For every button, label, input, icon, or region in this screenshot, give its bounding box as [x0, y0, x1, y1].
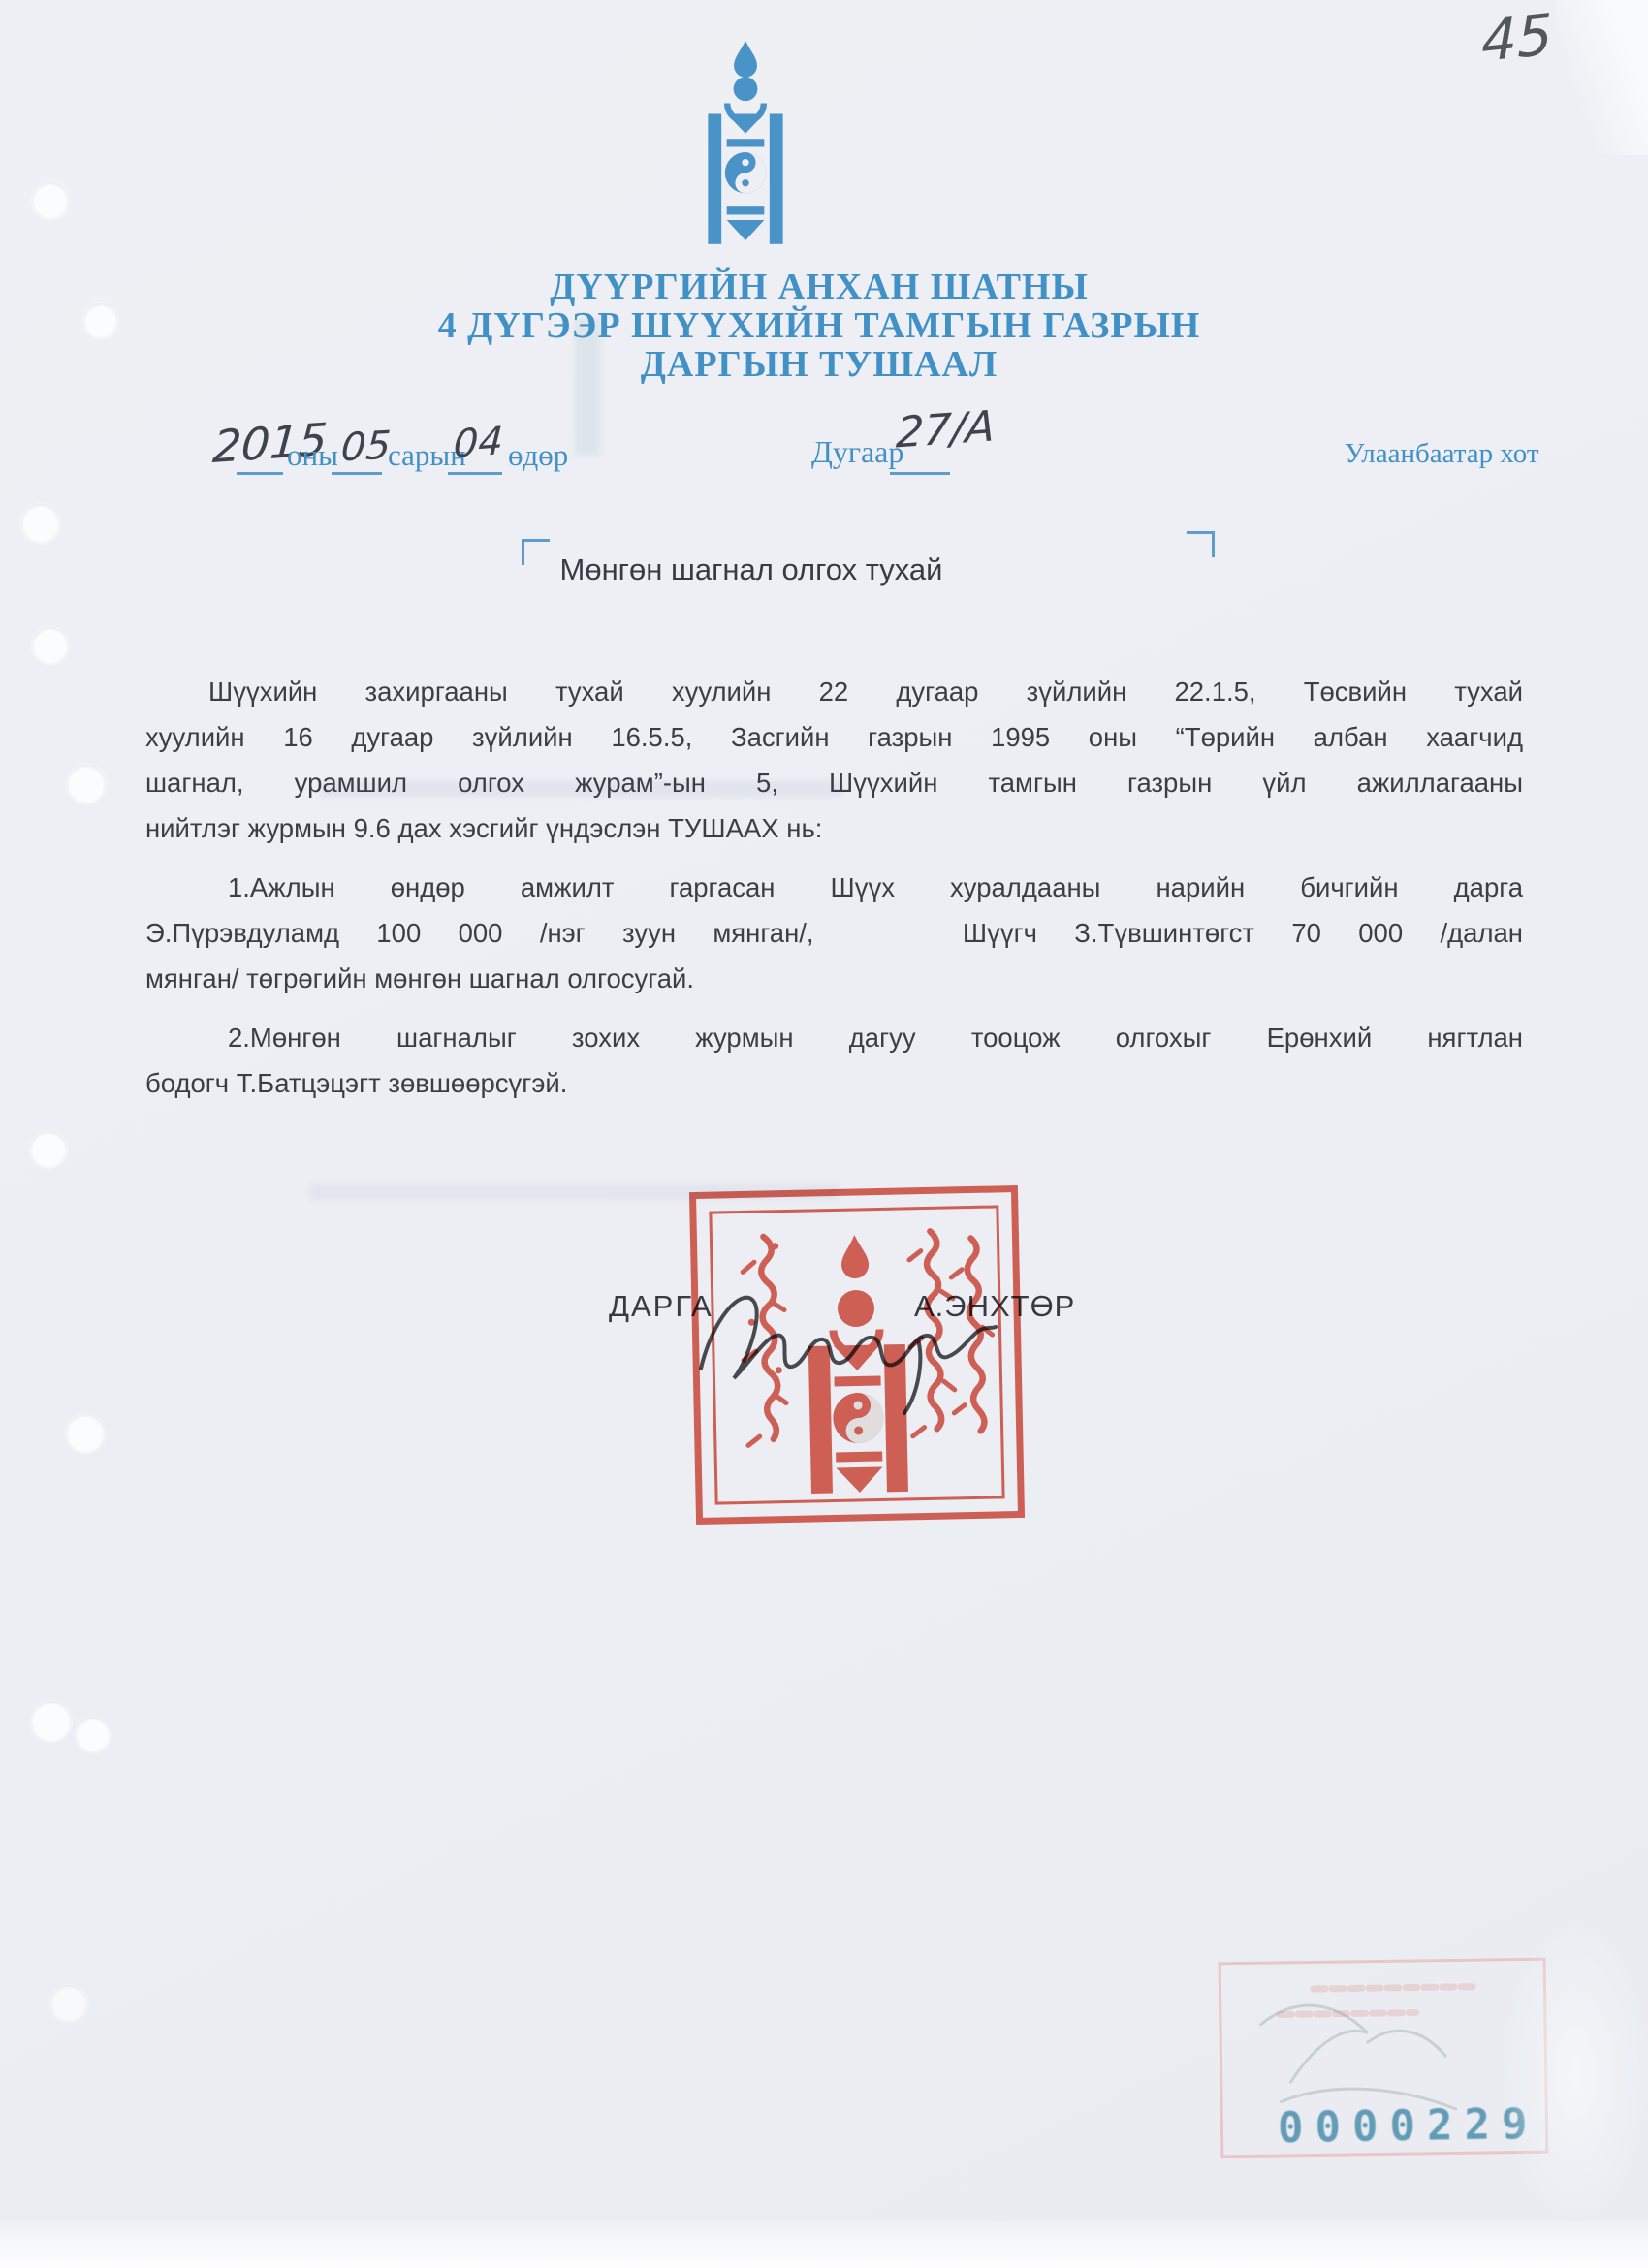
- serial-number-stamp: 0000229: [1278, 2099, 1539, 2154]
- page-edge-highlight: [0, 2220, 1648, 2268]
- body-line: бодогч Т.Батцэцэгт зөвшөөрсүгэй.: [145, 1060, 1523, 1106]
- handwritten-doc-number: 27/А: [895, 402, 997, 458]
- letterhead-line-1: ДҮҮРГИЙН АНХАН ШАТНЫ: [242, 268, 1396, 306]
- letterhead: ДҮҮРГИЙН АНХАН ШАТНЫ 4 ДҮГЭЭР ШҮҮХИЙН ТА…: [242, 268, 1396, 384]
- punch-hole: [32, 182, 69, 219]
- city-label: Улаанбаатар хот: [1345, 438, 1539, 470]
- body-line: нийтлэг журмын 9.6 дах хэсгийг үндэслэн …: [145, 805, 1523, 851]
- punch-hole: [66, 1414, 105, 1453]
- blank-underline: [890, 472, 950, 475]
- document-title: Мөнгөн шагнал олгох тухай: [536, 552, 967, 587]
- corner-bracket-right-icon: [1187, 531, 1215, 557]
- punch-hole: [31, 1701, 72, 1742]
- letterhead-line-2: 4 ДҮГЭЭР ШҮҮХИЙН ТАМГЫН ГАЗРЫН: [242, 306, 1396, 345]
- letterhead-line-3: ДАРГЫН ТУШААЛ: [242, 345, 1396, 384]
- clause-2-paragraph: 2.Мөнгөн шагналыг зохих журмын дагуу тоо…: [145, 1015, 1523, 1106]
- handwritten-day: 04: [453, 419, 505, 466]
- preamble-paragraph: Шүүхийн захиргааны тухай хуулийн 22 дуга…: [145, 669, 1523, 851]
- body-line: 1.Ажлын өндөр амжилт гаргасан Шүүх хурал…: [145, 865, 1523, 910]
- document-body: Шүүхийн захиргааны тухай хуулийн 22 дуга…: [145, 669, 1523, 1119]
- doc-number-label: Дугаар: [811, 434, 903, 470]
- punch-hole: [30, 1131, 67, 1168]
- punch-hole: [32, 627, 69, 664]
- soyombo-emblem: [701, 39, 790, 244]
- body-line: Э.Пүрэвдуламд 100 000 /нэг зуун мянган/,…: [145, 910, 1523, 956]
- handwritten-month: 05: [339, 424, 392, 471]
- scanned-document-page: 45 ДҮҮРГИЙН АНХАН ШАТНЫ 4 ДҮГЭЭР ШҮҮХИЙН…: [0, 0, 1648, 2268]
- blank-underline: [332, 472, 382, 475]
- page-edge-highlight: [1503, 1919, 1648, 2229]
- body-line: хуулийн 16 дугаар зүйлийн 16.5.5, Засгий…: [145, 714, 1523, 760]
- punch-hole: [76, 1717, 111, 1752]
- body-line: мянган/ төгрөгийн мөнгөн шагнал олгосуга…: [145, 956, 1523, 1001]
- blank-underline: [448, 472, 502, 475]
- punch-hole: [67, 765, 106, 803]
- body-line: 2.Мөнгөн шагналыг зохих журмын дагуу тоо…: [145, 1015, 1523, 1060]
- year-label: оны: [287, 438, 338, 473]
- handwritten-page-number: 45: [1481, 6, 1553, 70]
- day-label: өдөр: [508, 438, 568, 473]
- clause-1-paragraph: 1.Ажлын өндөр амжилт гаргасан Шүүх хурал…: [145, 865, 1523, 1001]
- body-line: шагнал, урамшил олгох журам”-ын 5, Шүүхи…: [145, 760, 1523, 805]
- blank-underline: [237, 472, 283, 475]
- body-line: Шүүхийн захиргааны тухай хуулийн 22 дуга…: [145, 669, 1523, 714]
- page-edge-highlight: [1556, 0, 1648, 155]
- punch-hole: [83, 303, 118, 338]
- punch-hole: [50, 1985, 87, 2022]
- signature-ink: [674, 1260, 1032, 1420]
- punch-hole: [21, 504, 60, 543]
